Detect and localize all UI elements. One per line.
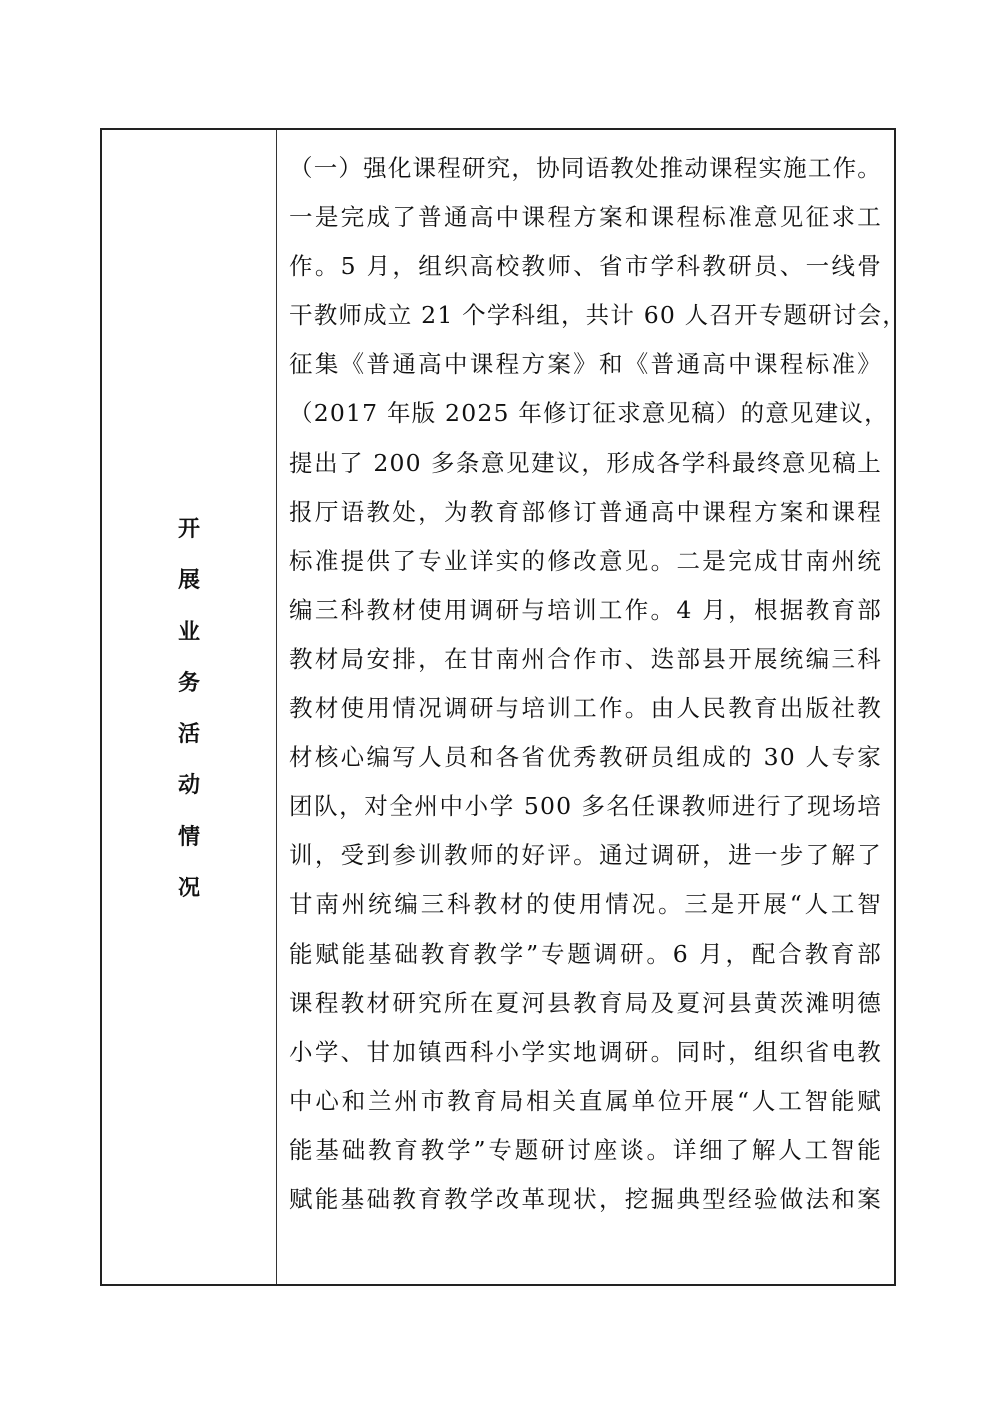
row-label-char: 业	[178, 621, 200, 645]
content-line: 提出了 200 多条意见建议，形成各学科最终意见稿上	[289, 439, 882, 488]
content-line: 赋能基础教育教学改革现状，挖掘典型经验做法和案	[289, 1175, 882, 1224]
content-body: （一）强化课程研究，协同语教处推动课程实施工作。 一是完成了普通高中课程方案和课…	[289, 144, 882, 1224]
row-label-char: 情	[178, 826, 200, 850]
row-label-char: 况	[178, 877, 200, 901]
content-line: 团队，对全州中小学 500 多名任课教师进行了现场培	[289, 782, 882, 831]
content-line: 能基础教育教学”专题研讨座谈。详细了解人工智能	[289, 1126, 882, 1175]
content-line: 标准提供了专业详实的修改意见。二是完成甘南州统	[289, 537, 882, 586]
section-heading: （一）强化课程研究，协同语教处推动课程实施工作。	[289, 144, 882, 193]
row-label-char: 务	[178, 672, 200, 696]
content-cell: （一）强化课程研究，协同语教处推动课程实施工作。 一是完成了普通高中课程方案和课…	[277, 130, 894, 1284]
content-line: 中心和兰州市教育局相关直属单位开展“人工智能赋	[289, 1077, 882, 1126]
row-label-cell: 开 展 业 务 活 动 情 况	[102, 130, 277, 1284]
content-line: 小学、甘加镇西科小学实地调研。同时，组织省电教	[289, 1028, 882, 1077]
row-label-char: 活	[178, 723, 200, 747]
activity-table: 开 展 业 务 活 动 情 况 （一）强化课程研究，协同语教处推动课程实施工作。…	[100, 128, 896, 1286]
content-line: 教材局安排，在甘南州合作市、迭部县开展统编三科	[289, 635, 882, 684]
row-label-char: 展	[178, 569, 200, 593]
content-line: 课程教材研究所在夏河县教育局及夏河县黄茨滩明德	[289, 979, 882, 1028]
content-line: （2017 年版 2025 年修订征求意见稿）的意见建议，	[289, 389, 882, 438]
content-line: 训，受到参训教师的好评。通过调研，进一步了解了	[289, 831, 882, 880]
content-line: 甘南州统编三科教材的使用情况。三是开展“人工智	[289, 880, 882, 929]
content-line: 一是完成了普通高中课程方案和课程标准意见征求工	[289, 193, 882, 242]
content-line: 干教师成立 21 个学科组，共计 60 人召开专题研讨会，	[289, 291, 882, 340]
row-label: 开 展 业 务 活 动 情 况	[102, 518, 276, 928]
content-line: 教材使用情况调研与培训工作。由人民教育出版社教	[289, 684, 882, 733]
content-line: 材核心编写人员和各省优秀教研员组成的 30 人专家	[289, 733, 882, 782]
row-label-char: 动	[178, 774, 200, 798]
content-line: 作。5 月，组织高校教师、省市学科教研员、一线骨	[289, 242, 882, 291]
content-line: 征集《普通高中课程方案》和《普通高中课程标准》	[289, 340, 882, 389]
content-line: 编三科教材使用调研与培训工作。4 月，根据教育部	[289, 586, 882, 635]
row-label-char: 开	[178, 518, 200, 542]
content-line: 能赋能基础教育教学”专题调研。6 月，配合教育部	[289, 930, 882, 979]
content-line: 报厅语教处，为教育部修订普通高中课程方案和课程	[289, 488, 882, 537]
